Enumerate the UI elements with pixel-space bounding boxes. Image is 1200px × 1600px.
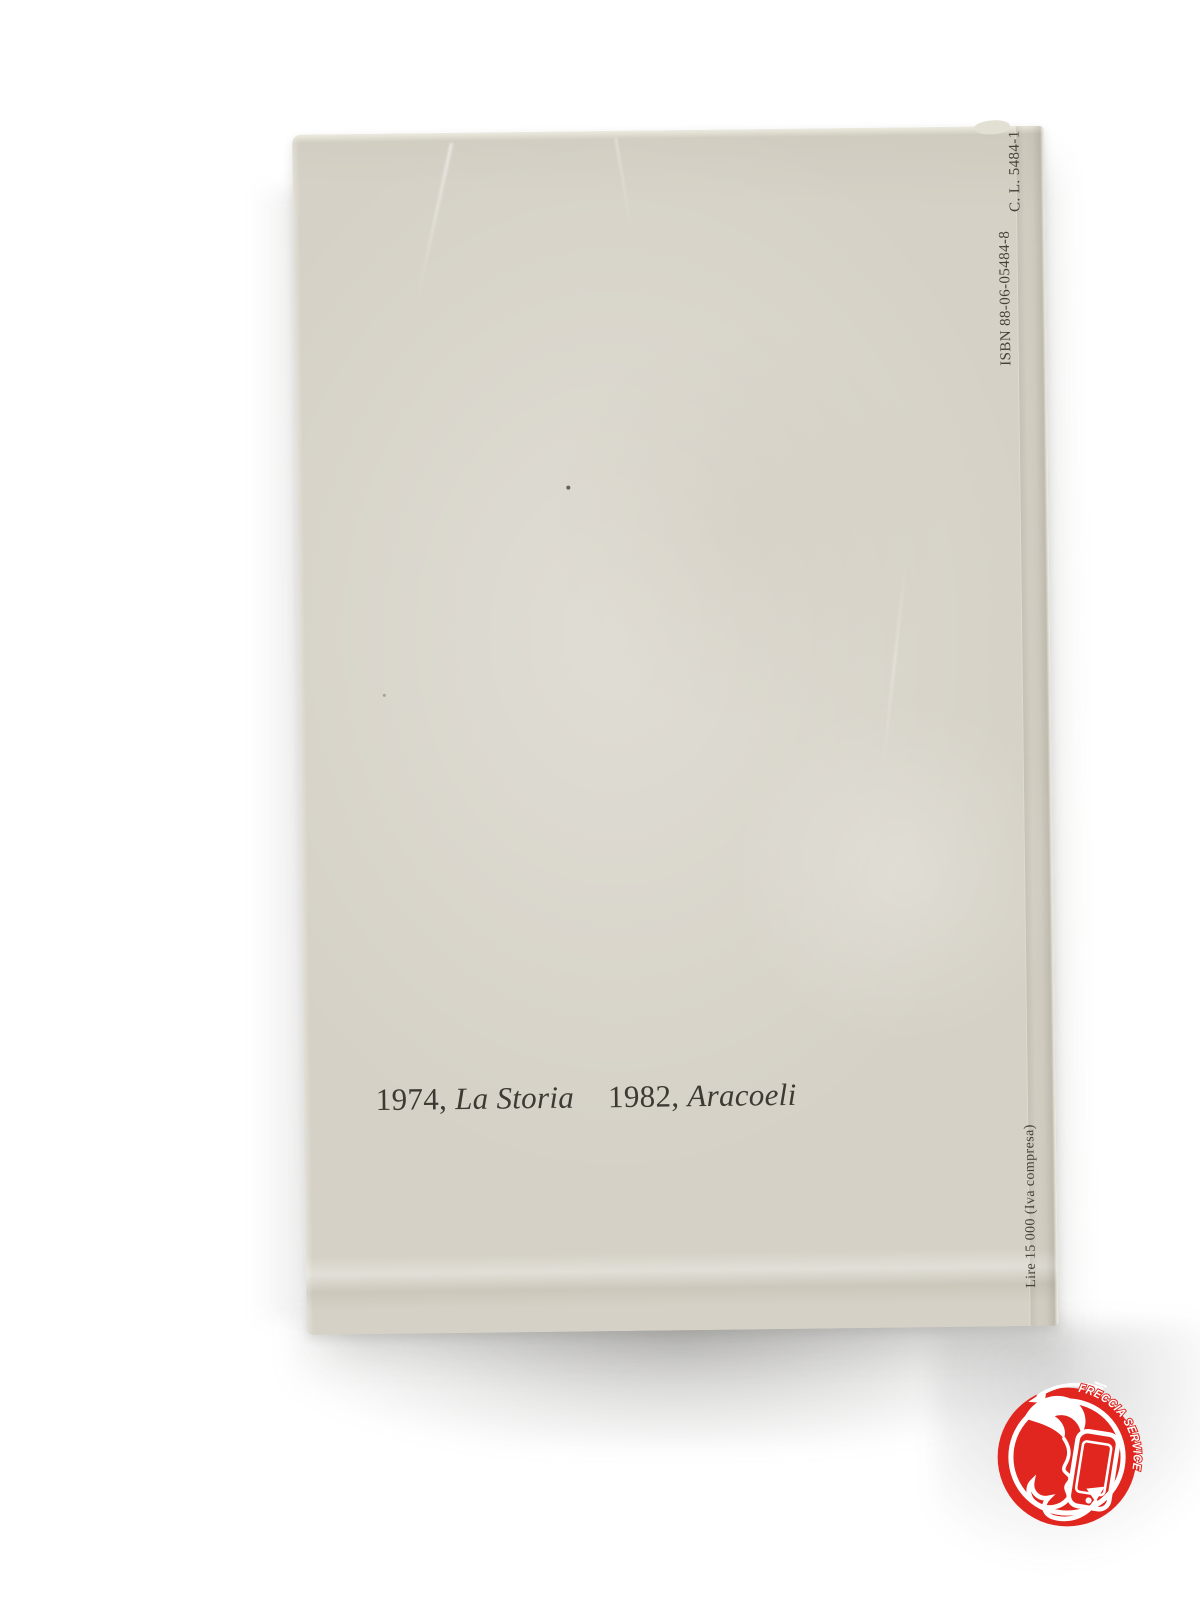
publication-year: 1974, <box>376 1081 448 1117</box>
photo-background: C. L. 5484-1 ISBN 88-06-05484-8 Lire 15 … <box>0 0 1200 1600</box>
publication-item: 1974,La Storia <box>376 1080 575 1118</box>
publication-title: Aracoeli <box>687 1077 797 1113</box>
jacket-speck <box>566 486 570 490</box>
jacket-crease <box>416 143 453 300</box>
freccia-service-logo-svg: FRECCIA SERVICE <box>965 1355 1169 1559</box>
isbn-code: ISBN 88-06-05484-8 <box>997 231 1016 366</box>
publication-line: 1974,La Storia 1982,Aracoeli <box>376 1077 797 1118</box>
freccia-service-watermark: FRECCIA SERVICE <box>965 1355 1169 1559</box>
publication-title: La Storia <box>455 1080 574 1116</box>
price-label: Lire 15 000 (Iva compresa) <box>1022 1124 1040 1288</box>
book-back-cover: C. L. 5484-1 ISBN 88-06-05484-8 Lire 15 … <box>292 126 1059 1335</box>
publication-year: 1982, <box>608 1078 680 1114</box>
jacket-crease <box>615 137 633 231</box>
publication-item: 1982,Aracoeli <box>608 1077 797 1115</box>
jacket-top-edge <box>292 126 1044 143</box>
jacket-speck <box>383 694 386 697</box>
spine-catalog-code: C. L. 5484-1 <box>1006 130 1024 212</box>
arrow-dart-head-icon <box>1028 1390 1046 1403</box>
jacket-crease <box>882 558 907 767</box>
